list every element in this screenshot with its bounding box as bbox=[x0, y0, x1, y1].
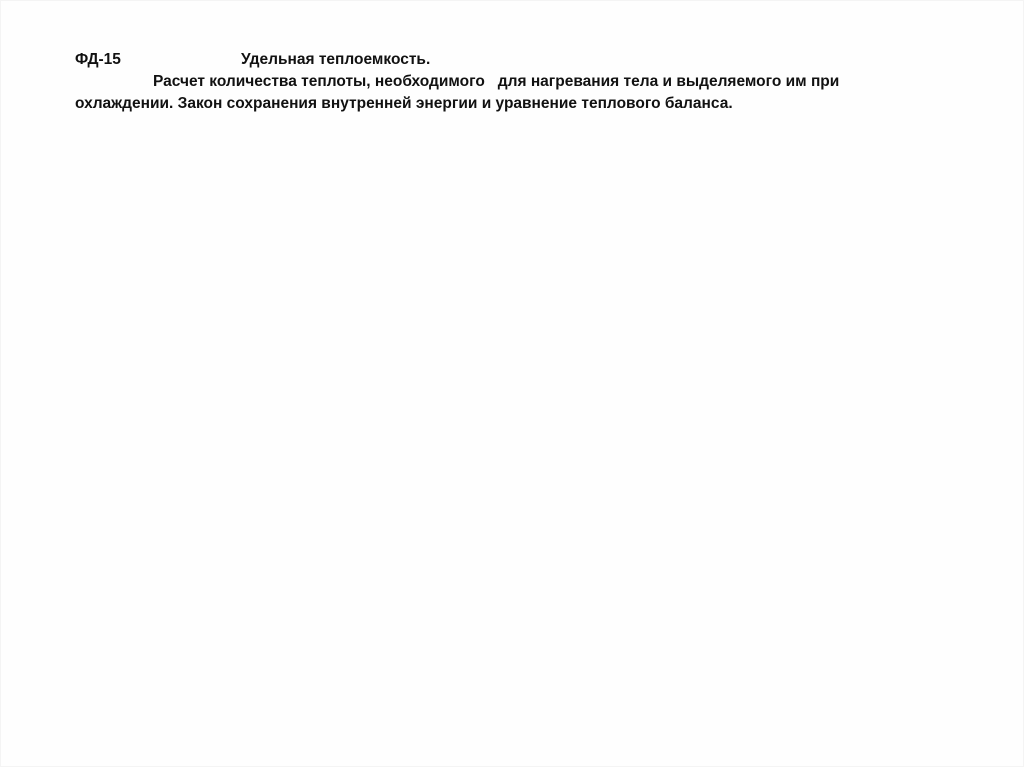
header-line: ФД-15Удельная теплоемкость. bbox=[75, 49, 955, 71]
slide-title: Удельная теплоемкость. bbox=[241, 51, 430, 68]
body-text-2: охлаждении. Закон сохранения внутренней … bbox=[75, 95, 733, 112]
body-text-1: Расчет количества теплоты, необходимого … bbox=[153, 73, 839, 90]
slide-text: ФД-15Удельная теплоемкость. Расчет колич… bbox=[75, 49, 955, 115]
slide-code: ФД-15 bbox=[75, 49, 241, 71]
slide: ФД-15Удельная теплоемкость. Расчет колич… bbox=[0, 0, 1024, 767]
body-line-1: Расчет количества теплоты, необходимого … bbox=[75, 71, 955, 93]
body-line-2: охлаждении. Закон сохранения внутренней … bbox=[75, 93, 955, 115]
